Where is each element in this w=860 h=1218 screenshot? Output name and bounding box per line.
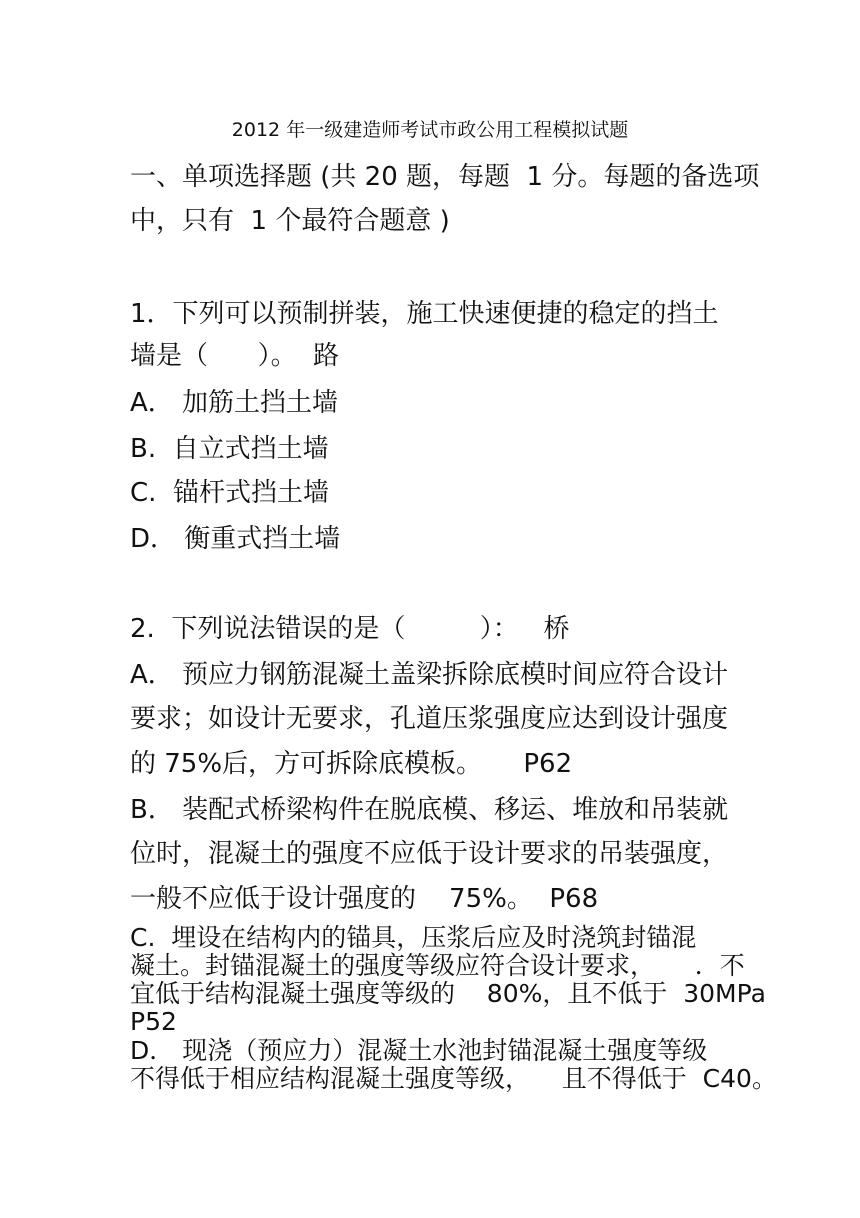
option-b: B. 自立式挡土墙 xyxy=(130,436,329,462)
option-c: C. 锚杆式挡土墙 xyxy=(130,480,329,506)
question-stem-line: 1．下列可以预制拼装，施工快速便捷的稳定的挡土 xyxy=(130,301,719,327)
option-a-line-1: A． 预应力钢筋混凝土盖梁拆除底模时间应符合设计 xyxy=(130,662,728,688)
option-d-line-1: D． 现浇（预应力）混凝土水池封锚混凝土强度等级 xyxy=(130,1038,707,1063)
question-stem-line: 墙是（ ）。 路 xyxy=(130,343,339,369)
option-c-line-1: C. 埋设在结构内的锚具，压浆后应及时浇筑封锚混 xyxy=(130,925,696,950)
section-heading-line-2: 中，只有 1 个最符合题意 ) xyxy=(130,208,450,234)
option-a-line-2: 要求；如设计无要求，孔道压浆强度应达到设计强度 xyxy=(130,706,728,732)
option-b-line-3: 一般不应低于设计强度的 75%。 P68 xyxy=(130,886,598,912)
option-d: D． 衡重式挡土墙 xyxy=(130,526,340,552)
option-a: A． 加筋土挡土墙 xyxy=(130,390,338,416)
option-d-line-2: 不得低于相应结构混凝土强度等级， 且不得低于 C40。 xyxy=(130,1066,777,1091)
option-c-line-4: P52 xyxy=(130,1009,177,1034)
question-stem-line: 2. 下列说法错误的是（ ）： 桥 xyxy=(130,616,570,642)
option-a-line-3: 的 75%后，方可拆除底模板。 P62 xyxy=(130,751,572,777)
option-b-line-1: B． 装配式桥梁构件在脱底模、移运、堆放和吊装就 xyxy=(130,797,728,823)
option-c-line-3: 宜低于结构混凝土强度等级的 80%，且不低于 30MPa xyxy=(130,981,766,1006)
option-c-line-2: 凝土。封锚混凝土的强度等级应符合设计要求， ．不 xyxy=(130,953,745,978)
document-title: 2012 年一级建造师考试市政公用工程模拟试题 xyxy=(0,121,860,140)
section-heading-line-1: 一、单项选择题 (共 20 题，每题 1 分。每题的备选项 xyxy=(130,164,759,190)
option-b-line-2: 位时，混凝土的强度不应低于设计要求的吊装强度， xyxy=(130,841,728,867)
